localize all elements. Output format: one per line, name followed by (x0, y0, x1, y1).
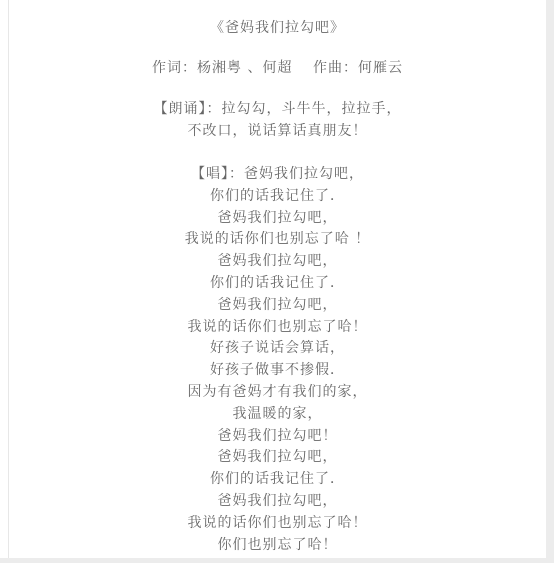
recite-line: 不改口，说话算话真朋友！ (9, 120, 546, 142)
sing-line: 我温暖的家， (9, 404, 546, 426)
sing-line: 【唱】：爸妈我们拉勾吧， (9, 164, 546, 186)
page-bottom-edge (0, 558, 554, 563)
sing-section: 【唱】：爸妈我们拉勾吧，你们的话我记住了．爸妈我们拉勾吧，我说的话你们也别忘了哈… (9, 164, 546, 556)
sing-line: 因为有爸妈才有我们的家， (9, 382, 546, 404)
sing-line: 你们也别忘了哈！ (9, 535, 546, 557)
sing-line: 我说的话你们也别忘了哈 ！ (9, 229, 546, 251)
sing-line: 爸妈我们拉勾吧！ (9, 426, 546, 448)
sing-line: 爸妈我们拉勾吧， (9, 491, 546, 513)
sing-line: 好孩子做事不掺假． (9, 360, 546, 382)
credits-line: 作词：杨湘粤 、何超 作曲：何雁云 (9, 58, 546, 78)
sing-line: 爸妈我们拉勾吧， (9, 295, 546, 317)
recite-section: 【朗诵】：拉勾勾，斗牛牛，拉拉手，不改口，说话算话真朋友！ (9, 98, 546, 142)
sing-line: 你们的话我记住了． (9, 469, 546, 491)
sing-line: 爸妈我们拉勾吧， (9, 447, 546, 469)
sing-line: 爸妈我们拉勾吧， (9, 251, 546, 273)
sing-line: 你们的话我记住了． (9, 186, 546, 208)
recite-line: 【朗诵】：拉勾勾，斗牛牛，拉拉手， (9, 98, 546, 120)
lyrics-content: 《爸妈我们拉勾吧》 作词：杨湘粤 、何超 作曲：何雁云 【朗诵】：拉勾勾，斗牛牛… (9, 0, 546, 556)
song-title: 《爸妈我们拉勾吧》 (9, 18, 546, 38)
page-right-edge (546, 0, 554, 563)
sing-line: 我说的话你们也别忘了哈！ (9, 317, 546, 339)
sing-line: 我说的话你们也别忘了哈！ (9, 513, 546, 535)
lyrics-page: 《爸妈我们拉勾吧》 作词：杨湘粤 、何超 作曲：何雁云 【朗诵】：拉勾勾，斗牛牛… (0, 0, 554, 563)
sing-line: 好孩子说话会算话， (9, 338, 546, 360)
sing-line: 你们的话我记住了． (9, 273, 546, 295)
sing-line: 爸妈我们拉勾吧， (9, 208, 546, 230)
